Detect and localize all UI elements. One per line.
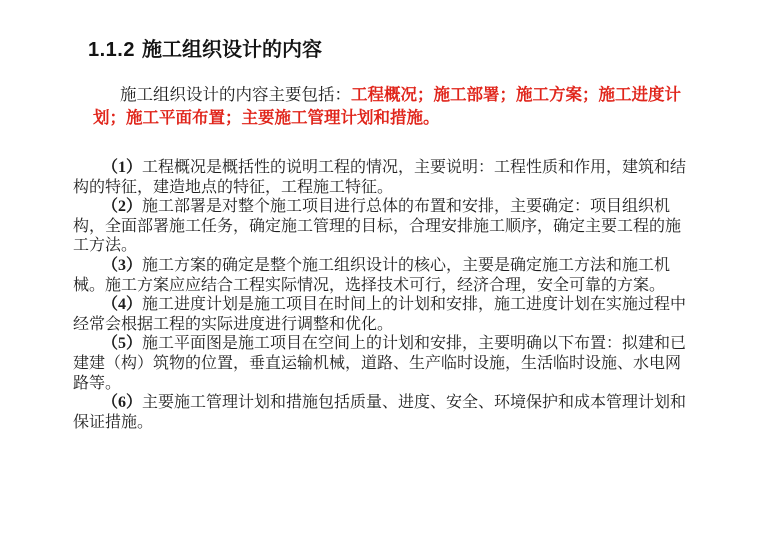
paragraph-3: （3）施工方案的确定是整个施工组织设计的核心，主要是确定施工方法和施工机械。施工… — [73, 256, 689, 295]
paragraph-3-number: （3） — [102, 257, 142, 274]
paragraph-5-number: （5） — [102, 335, 142, 352]
paragraph-4-text: 施工进度计划是施工项目在时间上的计划和安排，施工进度计划在实施过程中经常会根据工… — [73, 296, 686, 333]
intro-paragraph: 施工组织设计的内容主要包括：工程概况；施工部署；施工方案；施工进度计划；施工平面… — [93, 84, 687, 129]
paragraph-4-number: （4） — [102, 296, 142, 313]
paragraph-2: （2）施工部署是对整个施工项目进行总体的布置和安排，主要确定：项目组织机构，全面… — [73, 197, 689, 256]
section-number: 1.1.2 — [88, 39, 135, 61]
paragraph-6: （6）主要施工管理计划和措施包括质量、进度、安全、环境保护和成本管理计划和保证措… — [73, 393, 689, 432]
paragraph-1-text: 工程概况是概括性的说明工程的情况，主要说明：工程性质和作用，建筑和结构的特征，建… — [73, 159, 686, 196]
paragraph-1: （1）工程概况是概括性的说明工程的情况，主要说明：工程性质和作用，建筑和结构的特… — [73, 158, 689, 197]
section-title: 施工组织设计的内容 — [142, 39, 322, 61]
paragraph-3-text: 施工方案的确定是整个施工组织设计的核心，主要是确定施工方法和施工机械。施工方案应… — [73, 257, 670, 294]
paragraph-1-number: （1） — [102, 159, 142, 176]
slide-page: 1.1.2施工组织设计的内容 施工组织设计的内容主要包括：工程概况；施工部署；施… — [0, 0, 760, 537]
paragraph-2-number: （2） — [102, 198, 142, 215]
paragraph-5-text: 施工平面图是施工项目在空间上的计划和安排，主要明确以下布置：拟建和已建建（构）筑… — [73, 335, 686, 391]
paragraph-4: （4）施工进度计划是施工项目在时间上的计划和安排，施工进度计划在实施过程中经常会… — [73, 295, 689, 334]
paragraph-2-text: 施工部署是对整个施工项目进行总体的布置和安排，主要确定：项目组织机构，全面部署施… — [73, 198, 681, 254]
intro-lead-text: 施工组织设计的内容主要包括： — [120, 85, 351, 104]
paragraph-5: （5）施工平面图是施工项目在空间上的计划和安排，主要明确以下布置：拟建和已建建（… — [73, 334, 689, 393]
paragraph-6-number: （6） — [102, 394, 142, 411]
section-heading: 1.1.2施工组织设计的内容 — [88, 38, 322, 63]
body-paragraphs: （1）工程概况是概括性的说明工程的情况，主要说明：工程性质和作用，建筑和结构的特… — [73, 158, 689, 432]
paragraph-6-text: 主要施工管理计划和措施包括质量、进度、安全、环境保护和成本管理计划和保证措施。 — [73, 394, 686, 431]
